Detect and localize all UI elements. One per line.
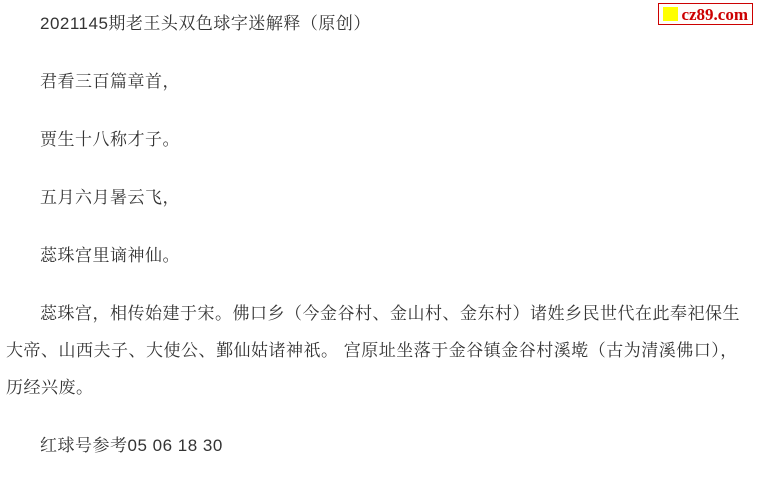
verse-line-1: 君看三百篇章首， xyxy=(6,63,751,100)
article-content: 2021145期老王头双色球字迷解释（原创） 君看三百篇章首， 贾生十八称才子。… xyxy=(0,0,757,464)
logo-text: cz89.com xyxy=(681,6,748,23)
verse-line-2: 贾生十八称才子。 xyxy=(6,121,751,158)
body-paragraph: 蕊珠宫，相传始建于宋。佛口乡（今金谷村、金山村、金东村）诸姓乡民世代在此奉祀保生… xyxy=(6,295,751,406)
red-ball-reference-line: 红球号参考05 06 18 30 xyxy=(6,427,751,464)
site-logo[interactable]: cz89.com xyxy=(658,3,753,25)
logo-square-icon xyxy=(663,7,678,21)
verse-line-4: 蕊珠宫里谪神仙。 xyxy=(6,237,751,274)
article-title: 2021145期老王头双色球字迷解释（原创） xyxy=(6,5,751,42)
verse-line-3: 五月六月暑云飞， xyxy=(6,179,751,216)
